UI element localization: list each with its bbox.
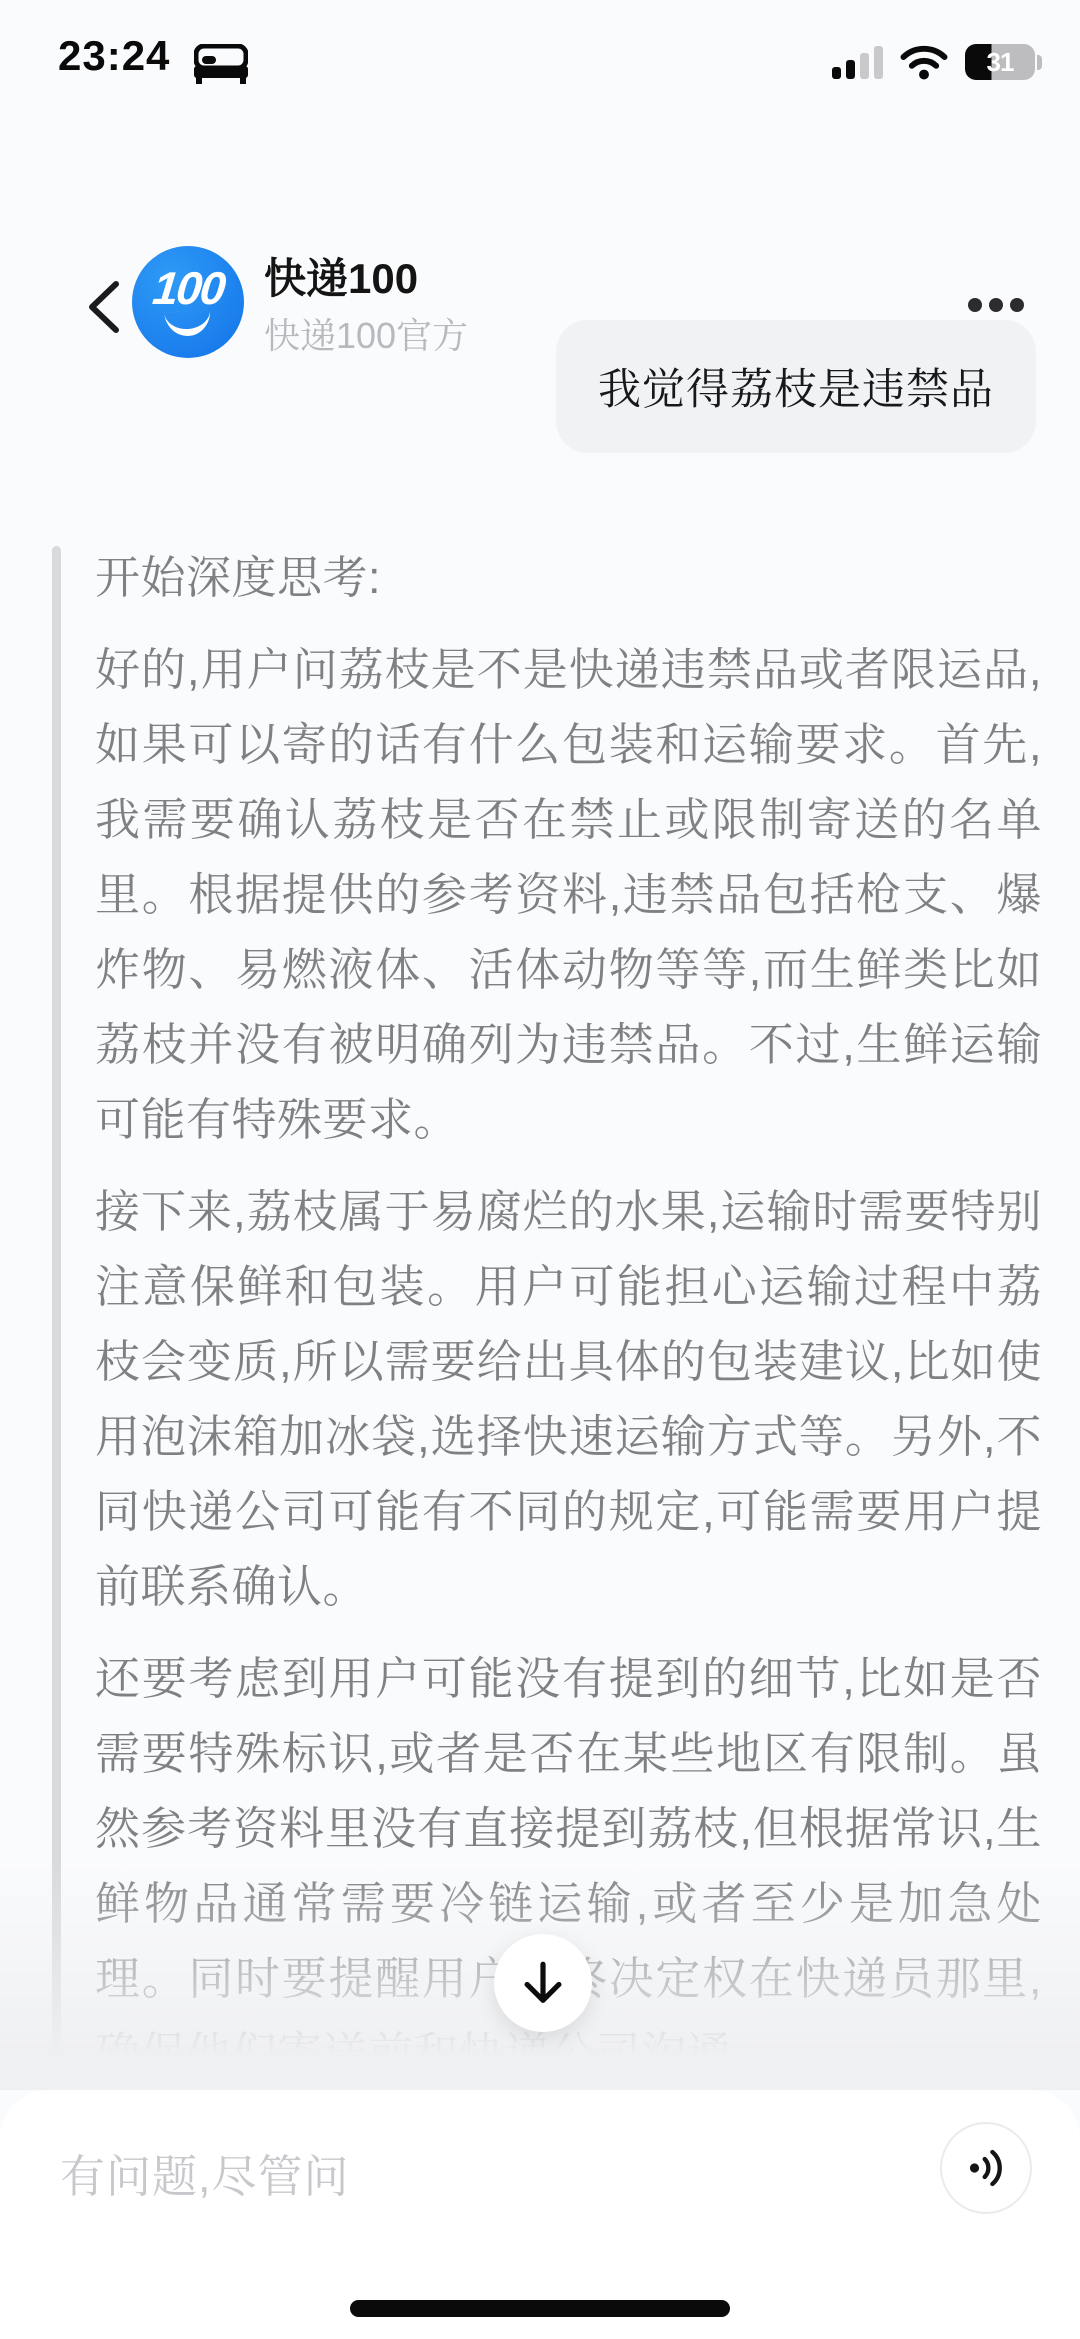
page-title: 快递100 xyxy=(264,246,418,306)
page-subtitle: 快递100官方 xyxy=(264,308,468,359)
battery-icon: 31 xyxy=(965,44,1042,80)
voice-wave-icon xyxy=(963,2145,1009,2191)
home-indicator[interactable] xyxy=(350,2300,730,2317)
cellular-signal-icon xyxy=(832,45,883,79)
thinking-paragraph: 接下来,荔枝属于易腐烂的水果,运输时需要特别注意保鲜和包装。用户可能担心运输过程… xyxy=(95,1174,1042,1624)
user-message-bubble: 我觉得荔枝是违禁品 xyxy=(556,320,1036,453)
status-right-cluster: 31 xyxy=(832,38,1042,86)
bed-sleep-icon xyxy=(194,44,248,84)
more-ellipsis-icon[interactable] xyxy=(968,298,1024,312)
arrow-down-icon xyxy=(517,1957,569,2009)
scroll-to-bottom-button[interactable] xyxy=(494,1934,592,2032)
app-screen: 23:24 31 100 xyxy=(0,0,1080,2339)
chat-header: 100 快递100 快递100官方 xyxy=(0,100,1080,270)
avatar[interactable]: 100 xyxy=(132,246,244,358)
avatar-logo-text: 100 xyxy=(150,261,226,315)
battery-nub xyxy=(1037,55,1042,70)
back-chevron-icon[interactable] xyxy=(80,278,128,336)
thinking-paragraph: 好的,用户问荔枝是不是快递违禁品或者限运品,如果可以寄的话有什么包装和运输要求。… xyxy=(95,632,1042,1157)
wifi-icon xyxy=(899,43,949,81)
thinking-quote-bar xyxy=(52,546,61,2062)
status-time: 23:24 xyxy=(58,32,170,80)
thinking-text: 开始深度思考: 好的,用户问荔枝是不是快递违禁品或者限运品,如果可以寄的话有什么… xyxy=(95,540,1042,2091)
message-input[interactable]: 有问题,尽管问 xyxy=(60,2140,350,2205)
thinking-label: 开始深度思考: xyxy=(95,540,1042,615)
battery-percent: 31 xyxy=(987,47,1014,78)
voice-input-button[interactable] xyxy=(940,2122,1032,2214)
status-bar: 23:24 31 xyxy=(0,24,1080,94)
avatar-smile-arc xyxy=(164,309,212,337)
